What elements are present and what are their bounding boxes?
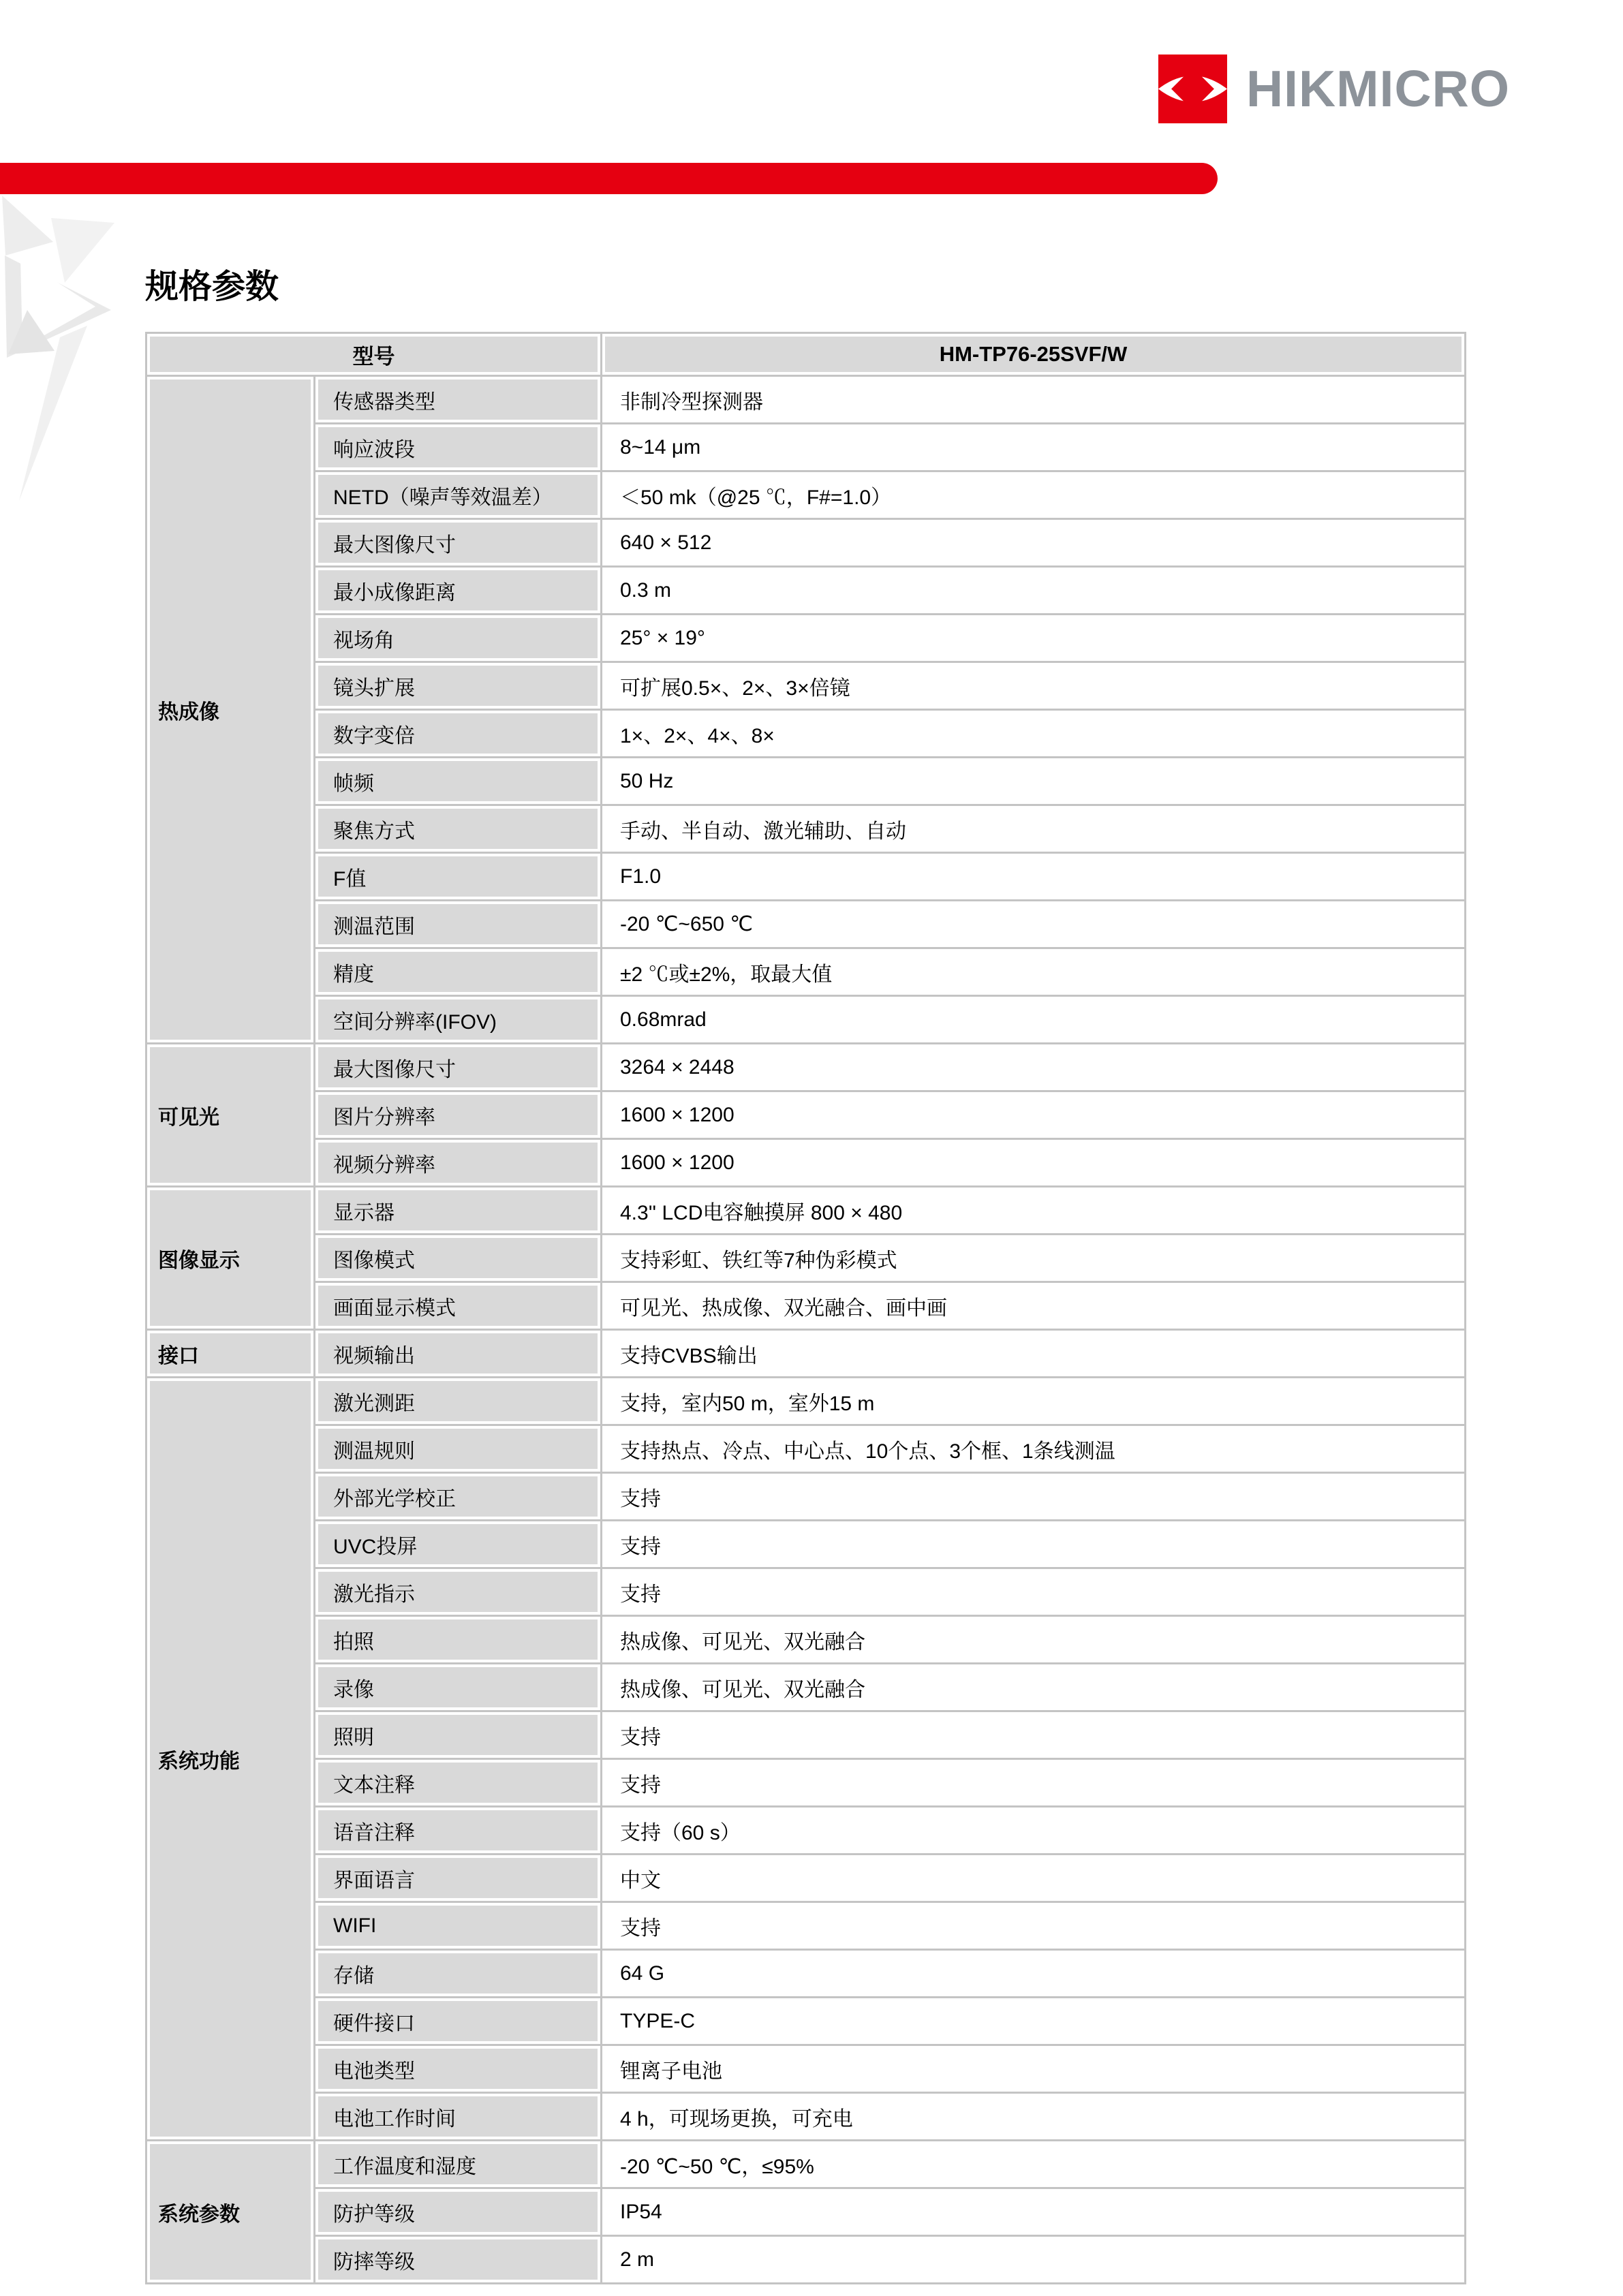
spec-label-cell: 测温范围 <box>315 901 602 948</box>
spec-value-cell: 中文 <box>602 1855 1466 1902</box>
spec-row: 激光指示支持 <box>146 1568 1466 1616</box>
spec-value-cell: 2 m <box>602 2236 1466 2284</box>
hikmicro-logo-text: HIKMICRO <box>1246 63 1510 114</box>
spec-value-cell: 支持 <box>602 1711 1466 1759</box>
spec-label-cell: WIFI <box>315 1902 602 1950</box>
spec-value-cell: 0.68mrad <box>602 996 1466 1044</box>
spec-value-cell: 640 × 512 <box>602 519 1466 567</box>
spec-label-cell: 图像模式 <box>315 1235 602 1282</box>
spec-value-cell: 25° × 19° <box>602 615 1466 662</box>
spec-row: 拍照热成像、可见光、双光融合 <box>146 1616 1466 1664</box>
spec-row: 防护等级IP54 <box>146 2188 1466 2236</box>
spec-row: 最小成像距离0.3 m <box>146 567 1466 615</box>
spec-row: UVC投屏支持 <box>146 1521 1466 1568</box>
spec-value-cell: 50 Hz <box>602 758 1466 805</box>
category-cell: 可见光 <box>146 1044 315 1187</box>
spec-label-cell: 帧频 <box>315 758 602 805</box>
spec-label-cell: 激光测距 <box>315 1378 602 1425</box>
spec-row: 镜头扩展可扩展0.5×、2×、3×倍镜 <box>146 662 1466 710</box>
spec-label-cell: NETD（噪声等效温差） <box>315 471 602 519</box>
spec-row: 存储64 G <box>146 1950 1466 1998</box>
spec-value-cell: 可扩展0.5×、2×、3×倍镜 <box>602 662 1466 710</box>
model-header-row: 型号 HM-TP76-25SVF/W <box>146 333 1466 376</box>
spec-label-cell: F值 <box>315 853 602 901</box>
spec-row: 外部光学校正支持 <box>146 1473 1466 1521</box>
spec-row: 画面显示模式可见光、热成像、双光融合、画中画 <box>146 1282 1466 1330</box>
spec-value-cell: 1600 × 1200 <box>602 1139 1466 1187</box>
spec-value-cell: TYPE-C <box>602 1998 1466 2045</box>
spec-label-cell: 最小成像距离 <box>315 567 602 615</box>
spec-label-cell: 存储 <box>315 1950 602 1998</box>
spec-label-cell: 视场角 <box>315 615 602 662</box>
spec-label-cell: 响应波段 <box>315 424 602 471</box>
category-cell: 图像显示 <box>146 1187 315 1330</box>
spec-value-cell: -20 ℃~650 ℃ <box>602 901 1466 948</box>
spec-value-cell: 支持彩虹、铁红等7种伪彩模式 <box>602 1235 1466 1282</box>
spec-value-cell: 4.3'' LCD电容触摸屏 800 × 480 <box>602 1187 1466 1235</box>
spec-row: 系统功能激光测距支持，室内50 m，室外15 m <box>146 1378 1466 1425</box>
spec-value-cell: ＜50 mk（@25 ℃，F#=1.0） <box>602 471 1466 519</box>
spec-label-cell: UVC投屏 <box>315 1521 602 1568</box>
spec-label-cell: 拍照 <box>315 1616 602 1664</box>
spec-row: 最大图像尺寸640 × 512 <box>146 519 1466 567</box>
category-cell: 系统参数 <box>146 2141 315 2284</box>
spec-row: 视场角25° × 19° <box>146 615 1466 662</box>
model-header-label-cell: 型号 <box>146 333 602 376</box>
spec-table: 型号 HM-TP76-25SVF/W 热成像传感器类型非制冷型探测器响应波段8~… <box>145 332 1466 2284</box>
spec-row: 电池类型锂离子电池 <box>146 2045 1466 2093</box>
spec-row: 响应波段8~14 μm <box>146 424 1466 471</box>
spec-value-cell: 支持 <box>602 1568 1466 1616</box>
spec-value-cell: 支持（60 s） <box>602 1807 1466 1855</box>
spec-value-cell: 64 G <box>602 1950 1466 1998</box>
spec-row: 精度±2 ℃或±2%，取最大值 <box>146 948 1466 996</box>
spec-label-cell: 聚焦方式 <box>315 805 602 853</box>
spec-label-cell: 电池工作时间 <box>315 2093 602 2141</box>
spec-row: 硬件接口TYPE-C <box>146 1998 1466 2045</box>
spec-value-cell: 支持 <box>602 1759 1466 1807</box>
spec-row: 图像模式支持彩虹、铁红等7种伪彩模式 <box>146 1235 1466 1282</box>
category-cell: 热成像 <box>146 376 315 1044</box>
spec-label-cell: 录像 <box>315 1664 602 1711</box>
spec-value-cell: 0.3 m <box>602 567 1466 615</box>
spec-label-cell: 照明 <box>315 1711 602 1759</box>
category-cell: 接口 <box>146 1330 315 1378</box>
spec-row: 测温规则支持热点、冷点、中心点、10个点、3个框、1条线测温 <box>146 1425 1466 1473</box>
spec-label-cell: 显示器 <box>315 1187 602 1235</box>
hikmicro-logo-icon <box>1158 55 1227 123</box>
spec-label-cell: 语音注释 <box>315 1807 602 1855</box>
spec-label-cell: 文本注释 <box>315 1759 602 1807</box>
spec-row: F值F1.0 <box>146 853 1466 901</box>
spec-label-cell: 图片分辨率 <box>315 1091 602 1139</box>
spec-value-cell: 热成像、可见光、双光融合 <box>602 1616 1466 1664</box>
spec-label-cell: 最大图像尺寸 <box>315 519 602 567</box>
spec-value-cell: ±2 ℃或±2%，取最大值 <box>602 948 1466 996</box>
model-header-value-cell: HM-TP76-25SVF/W <box>602 333 1466 376</box>
spec-row: WIFI支持 <box>146 1902 1466 1950</box>
spec-label-cell: 防摔等级 <box>315 2236 602 2284</box>
watermark-decoration <box>0 184 123 511</box>
spec-label-cell: 界面语言 <box>315 1855 602 1902</box>
spec-row: 防摔等级2 m <box>146 2236 1466 2284</box>
spec-value-cell: 非制冷型探测器 <box>602 376 1466 424</box>
spec-label-cell: 画面显示模式 <box>315 1282 602 1330</box>
spec-row: 视频分辨率1600 × 1200 <box>146 1139 1466 1187</box>
spec-value-cell: 热成像、可见光、双光融合 <box>602 1664 1466 1711</box>
spec-value-cell: 8~14 μm <box>602 424 1466 471</box>
spec-row: 电池工作时间4 h，可现场更换，可充电 <box>146 2093 1466 2141</box>
spec-value-cell: 支持 <box>602 1902 1466 1950</box>
spec-value-cell: 支持CVBS输出 <box>602 1330 1466 1378</box>
spec-label-cell: 防护等级 <box>315 2188 602 2236</box>
spec-label-cell: 视频输出 <box>315 1330 602 1378</box>
spec-value-cell: IP54 <box>602 2188 1466 2236</box>
spec-label-cell: 硬件接口 <box>315 1998 602 2045</box>
spec-value-cell: 支持 <box>602 1521 1466 1568</box>
spec-value-cell: 锂离子电池 <box>602 2045 1466 2093</box>
spec-value-cell: F1.0 <box>602 853 1466 901</box>
spec-row: 系统参数工作温度和湿度-20 ℃~50 ℃，≤95% <box>146 2141 1466 2188</box>
spec-row: 图片分辨率1600 × 1200 <box>146 1091 1466 1139</box>
spec-row: 测温范围-20 ℃~650 ℃ <box>146 901 1466 948</box>
spec-value-cell: 3264 × 2448 <box>602 1044 1466 1091</box>
spec-value-cell: -20 ℃~50 ℃，≤95% <box>602 2141 1466 2188</box>
spec-row: 文本注释支持 <box>146 1759 1466 1807</box>
spec-row: 界面语言中文 <box>146 1855 1466 1902</box>
spec-label-cell: 电池类型 <box>315 2045 602 2093</box>
spec-row: NETD（噪声等效温差）＜50 mk（@25 ℃，F#=1.0） <box>146 471 1466 519</box>
spec-row: 空间分辨率(IFOV)0.68mrad <box>146 996 1466 1044</box>
spec-label-cell: 精度 <box>315 948 602 996</box>
spec-label-cell: 数字变倍 <box>315 710 602 758</box>
spec-label-cell: 镜头扩展 <box>315 662 602 710</box>
spec-row: 数字变倍1×、2×、4×、8× <box>146 710 1466 758</box>
spec-row: 热成像传感器类型非制冷型探测器 <box>146 376 1466 424</box>
spec-value-cell: 可见光、热成像、双光融合、画中画 <box>602 1282 1466 1330</box>
spec-row: 语音注释支持（60 s） <box>146 1807 1466 1855</box>
spec-label-cell: 传感器类型 <box>315 376 602 424</box>
spec-label-cell: 测温规则 <box>315 1425 602 1473</box>
hikmicro-logo: HIKMICRO <box>1158 55 1510 123</box>
spec-label-cell: 工作温度和湿度 <box>315 2141 602 2188</box>
spec-value-cell: 4 h，可现场更换，可充电 <box>602 2093 1466 2141</box>
spec-row: 图像显示显示器4.3'' LCD电容触摸屏 800 × 480 <box>146 1187 1466 1235</box>
spec-value-cell: 支持 <box>602 1473 1466 1521</box>
spec-value-cell: 支持热点、冷点、中心点、10个点、3个框、1条线测温 <box>602 1425 1466 1473</box>
spec-row: 可见光最大图像尺寸3264 × 2448 <box>146 1044 1466 1091</box>
spec-row: 接口视频输出支持CVBS输出 <box>146 1330 1466 1378</box>
spec-label-cell: 最大图像尺寸 <box>315 1044 602 1091</box>
spec-row: 照明支持 <box>146 1711 1466 1759</box>
page-title: 规格参数 <box>145 260 279 308</box>
spec-value-cell: 支持，室内50 m，室外15 m <box>602 1378 1466 1425</box>
spec-label-cell: 空间分辨率(IFOV) <box>315 996 602 1044</box>
spec-row: 聚焦方式手动、半自动、激光辅助、自动 <box>146 805 1466 853</box>
spec-row: 录像热成像、可见光、双光融合 <box>146 1664 1466 1711</box>
spec-label-cell: 激光指示 <box>315 1568 602 1616</box>
spec-label-cell: 视频分辨率 <box>315 1139 602 1187</box>
spec-value-cell: 1600 × 1200 <box>602 1091 1466 1139</box>
spec-row: 帧频50 Hz <box>146 758 1466 805</box>
red-accent-bar <box>0 163 1218 194</box>
spec-value-cell: 手动、半自动、激光辅助、自动 <box>602 805 1466 853</box>
spec-sheet-page: HIKMICRO 规格参数 型号 HM-TP76-25SVF/W 热成像传感器类… <box>0 0 1623 2296</box>
category-cell: 系统功能 <box>146 1378 315 2141</box>
spec-value-cell: 1×、2×、4×、8× <box>602 710 1466 758</box>
spec-label-cell: 外部光学校正 <box>315 1473 602 1521</box>
